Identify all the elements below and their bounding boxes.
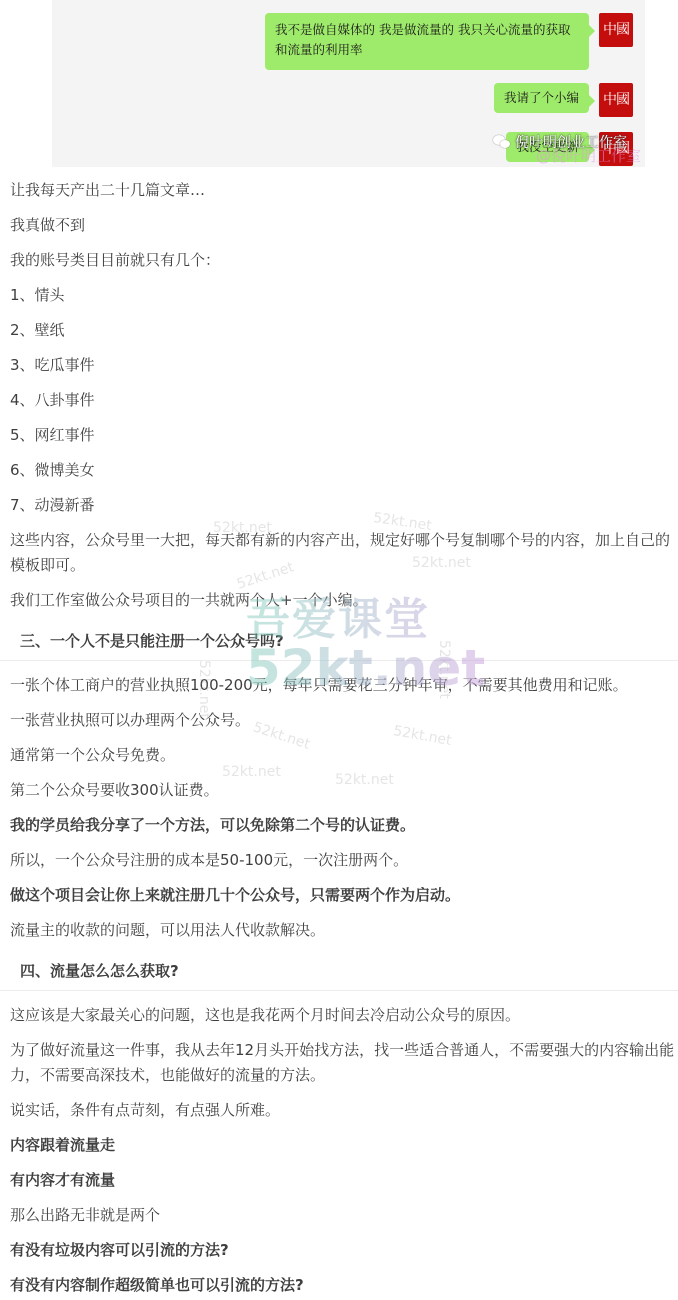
paragraph: 一张个体工商户的营业执照100-200元，每年只需要花三分钟年审，不需要其他费用…: [10, 673, 678, 698]
paragraph: 说实话，条件有点苛刻，有点强人所难。: [10, 1098, 678, 1123]
section-heading-3: 三、一个人不是只能注册一个公众号吗?: [0, 623, 678, 661]
bold-paragraph: 有没有垃圾内容可以引流的方法?: [10, 1238, 678, 1263]
chat-bubble: 我请了个小编: [494, 83, 589, 113]
bold-paragraph: 我的学员给我分享了一个方法，可以免除第二个号的认证费。: [10, 813, 678, 838]
paragraph: 2、壁纸: [10, 318, 678, 343]
chat-message: 我不是做自媒体的 我是做流量的 我只关心流量的获取和流量的利用率 中國: [265, 13, 633, 70]
paragraph: 一张营业执照可以办理两个公众号。: [10, 708, 678, 733]
paragraph: 6、微博美女: [10, 458, 678, 483]
bold-paragraph: 内容跟着流量走: [10, 1133, 678, 1158]
paragraph: 为了做好流量这一件事，我从去年12月头开始找方法，找一些适合普通人，不需要强大的…: [10, 1038, 678, 1088]
section-heading-4: 四、流量怎么怎么获取?: [0, 953, 678, 991]
bold-paragraph: 有没有内容制作超级简单也可以引流的方法?: [10, 1273, 678, 1298]
avatar: 中國: [599, 13, 633, 47]
wechat-icon: [493, 135, 511, 149]
paragraph: 让我每天产出二十几篇文章…: [10, 178, 678, 203]
paragraph: 这些内容，公众号里一大把，每天都有新的内容产出，规定好哪个号复制哪个号的内容，加…: [10, 528, 678, 578]
article-section-3: 这应该是大家最关心的问题，这也是我花两个月时间去冷启动公众号的原因。为了做好流量…: [10, 1003, 678, 1298]
paragraph: 7、动漫新番: [10, 493, 678, 518]
paragraph: 第二个公众号要收300认证费。: [10, 778, 678, 803]
paragraph: 5、网红事件: [10, 423, 678, 448]
wechat-watermark: 倪叶明创业工作室: [493, 132, 627, 152]
paragraph: 这应该是大家最关心的问题，这也是我花两个月时间去冷启动公众号的原因。: [10, 1003, 678, 1028]
avatar: 中國: [599, 83, 633, 117]
chat-screenshot: 我不是做自媒体的 我是做流量的 我只关心流量的获取和流量的利用率 中國 我请了个…: [52, 0, 645, 167]
chat-bubble: 我不是做自媒体的 我是做流量的 我只关心流量的获取和流量的利用率: [265, 13, 589, 70]
watermark-text: 倪叶明创业工作室: [515, 132, 627, 152]
paragraph: 3、吃瓜事件: [10, 353, 678, 378]
paragraph: 通常第一个公众号免费。: [10, 743, 678, 768]
paragraph: 1、情头: [10, 283, 678, 308]
bold-paragraph: 有内容才有流量: [10, 1168, 678, 1193]
paragraph: 流量主的收款的问题，可以用法人代收款解决。: [10, 918, 678, 943]
chat-message: 我请了个小编 中國: [494, 83, 633, 117]
paragraph: 4、八卦事件: [10, 388, 678, 413]
bold-paragraph: 做这个项目会让你上来就注册几十个公众号，只需要两个作为启动。: [10, 883, 678, 908]
paragraph: 所以，一个公众号注册的成本是50-100元，一次注册两个。: [10, 848, 678, 873]
paragraph: 我的账号类目目前就只有几个：: [10, 248, 678, 273]
paragraph: 我真做不到: [10, 213, 678, 238]
article-section-2: 一张个体工商户的营业执照100-200元，每年只需要花三分钟年审，不需要其他费用…: [10, 673, 678, 943]
paragraph: 那么出路无非就是两个: [10, 1203, 678, 1228]
article-body: 让我每天产出二十几篇文章…我真做不到我的账号类目目前就只有几个：1、情头2、壁纸…: [10, 178, 678, 1300]
article-section-1: 让我每天产出二十几篇文章…我真做不到我的账号类目目前就只有几个：1、情头2、壁纸…: [10, 178, 678, 613]
paragraph: 我们工作室做公众号项目的一共就两个人+一个小编。: [10, 588, 678, 613]
